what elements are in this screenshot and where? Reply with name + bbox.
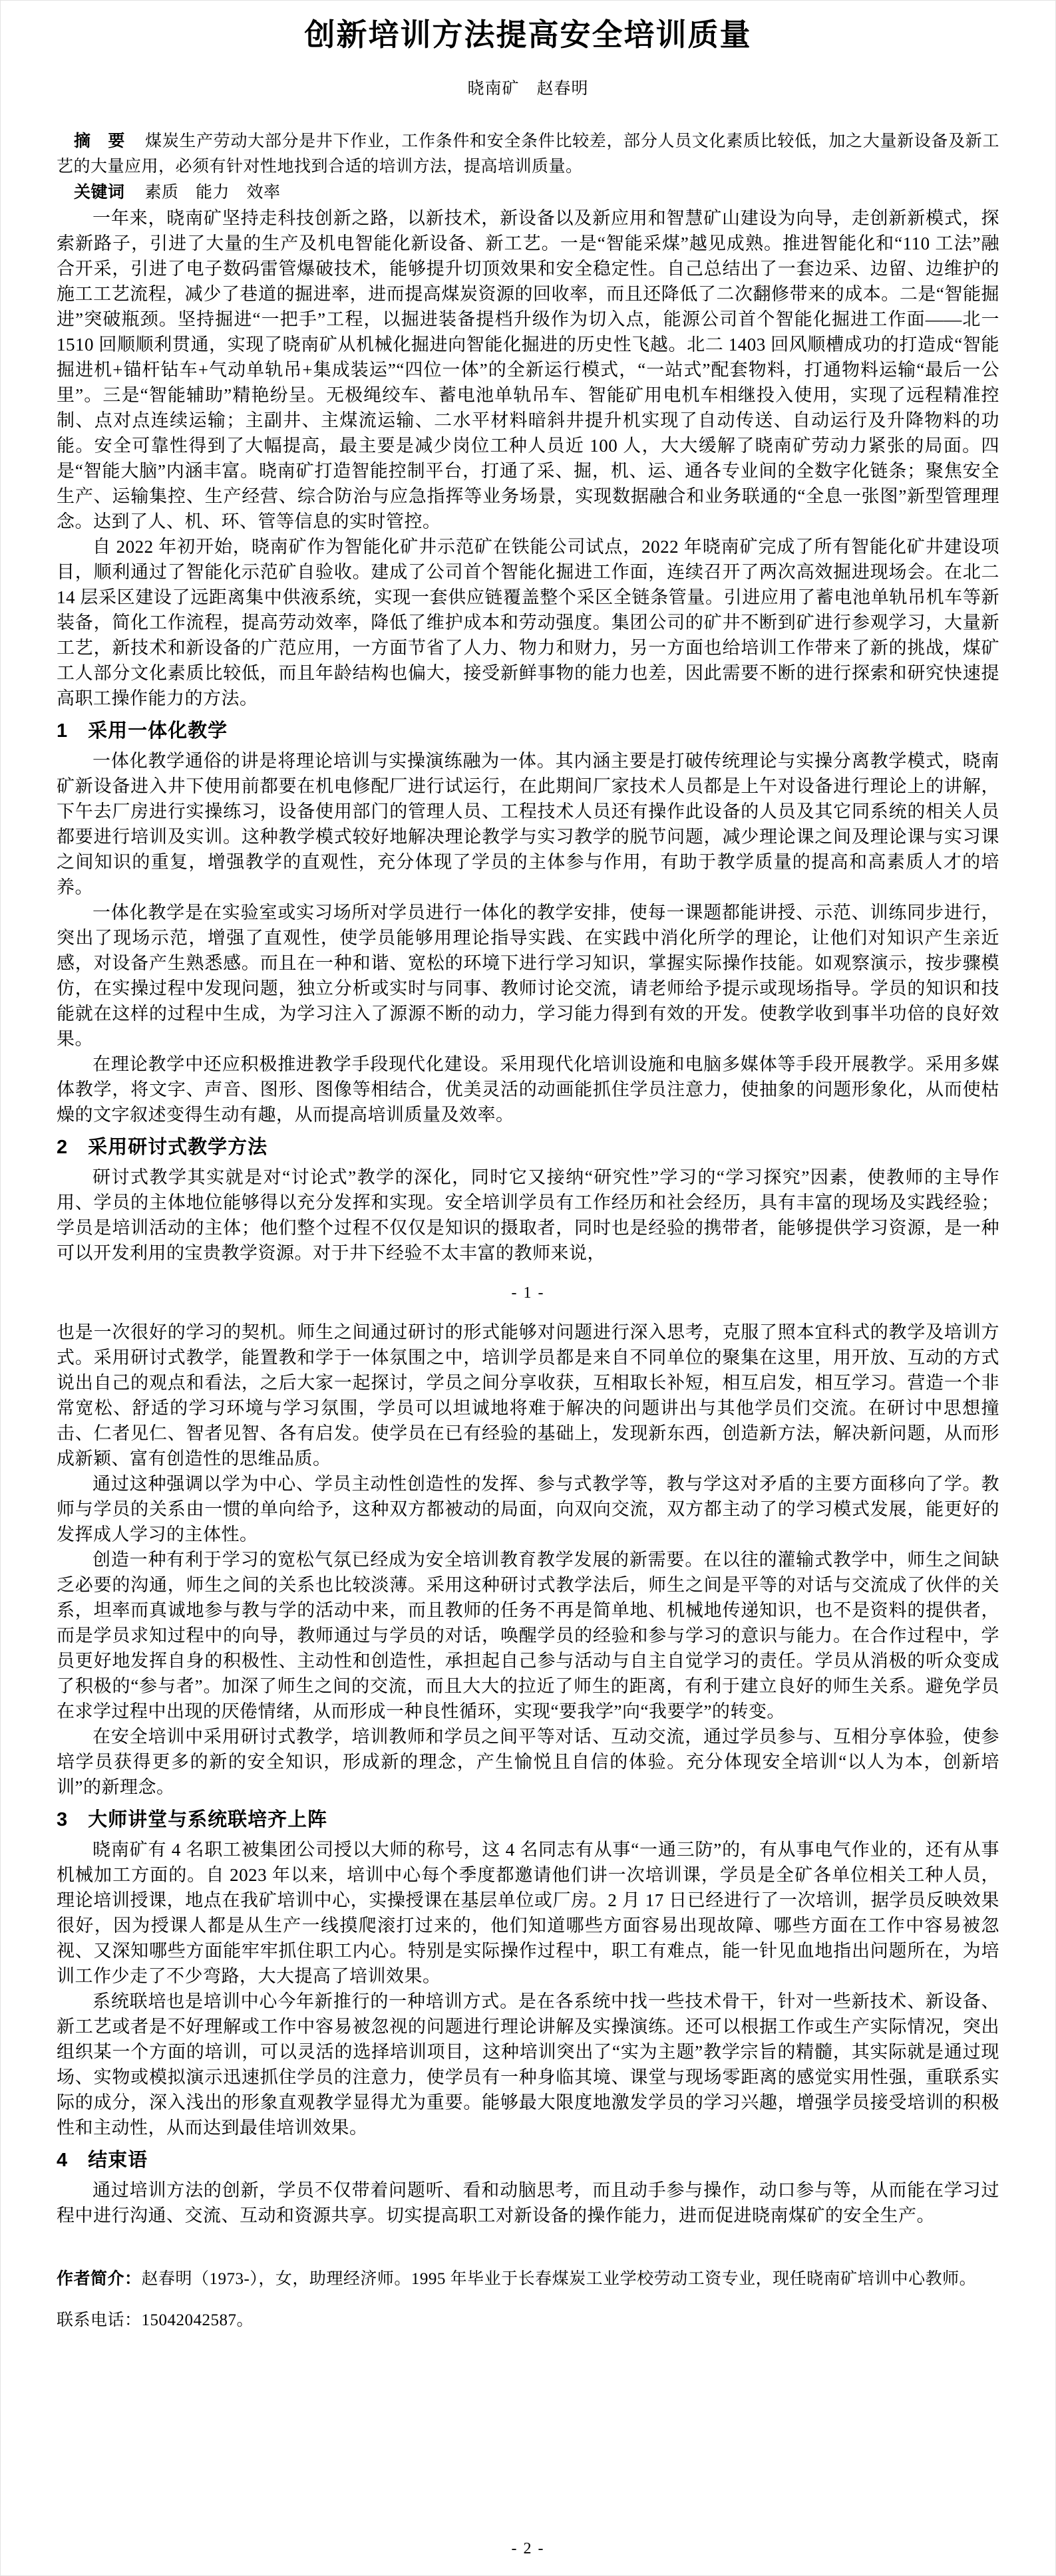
paragraph: 通过这种强调以学为中心、学员主动性创造性的发挥、参与式教学等，教与学这对矛盾的主…	[57, 1471, 999, 1547]
paragraph: 一年来，晓南矿坚持走科技创新之路，以新技术，新设备以及新应用和智慧矿山建设为向导…	[57, 206, 999, 534]
paragraph: 研讨式教学其实就是对“讨论式”教学的深化，同时它又接纳“研究性”学习的“学习探究…	[57, 1165, 999, 1266]
abstract-label: 摘 要	[57, 132, 145, 150]
document-page: 创新培训方法提高安全培训质量 晓南矿 赵春明 摘 要煤炭生产劳动大部分是井下作业…	[0, 0, 1056, 2576]
paragraph: 一体化教学通俗的讲是将理论培训与实操演练融为一体。其内涵主要是打破传统理论与实操…	[57, 748, 999, 900]
paragraph: 在理论教学中还应积极推进教学手段现代化建设。采用现代化培训设施和电脑多媒体等手段…	[57, 1052, 999, 1127]
page-1-footer: - 1 -	[57, 1284, 999, 1302]
paragraph-continued: 也是一次很好的学习的契机。师生之间通过研讨的形式能够对问题进行深入思考，克服了照…	[57, 1320, 999, 1471]
section-heading: 4 结束语	[57, 2147, 999, 2174]
paragraph: 系统联培也是培训中心今年新推行的一种培训方式。是在各系统中找一些技术骨干，针对一…	[57, 1989, 999, 2140]
section-heading: 2 采用研讨式教学方法	[57, 1134, 999, 1161]
paragraph: 自 2022 年初开始，晓南矿作为智能化矿井示范矿在铁能公司试点，2022 年晓…	[57, 534, 999, 711]
paragraph: 一体化教学是在实验室或实习场所对学员进行一体化的教学安排，使每一课题都能讲授、示…	[57, 900, 999, 1052]
abstract-text: 煤炭生产劳动大部分是井下作业，工作条件和安全条件比较差，部分人员文化素质比较低，…	[57, 132, 999, 176]
document-title: 创新培训方法提高安全培训质量	[57, 14, 999, 55]
section-heading: 1 采用一体化教学	[57, 718, 999, 744]
page-2-footer: - 2 -	[1, 2540, 1055, 2558]
author-bio-block: 作者简介：赵春明（1973-），女，助理经济师。1995 年毕业于长春煤炭工业学…	[57, 2265, 999, 2293]
author-bio-label: 作者简介：	[57, 2269, 142, 2288]
paragraph: 晓南矿有 4 名职工被集团公司授以大师的称号，这 4 名同志有从事“一通三防”的…	[57, 1837, 999, 1989]
document-content: 创新培训方法提高安全培训质量 晓南矿 赵春明 摘 要煤炭生产劳动大部分是井下作业…	[1, 1, 1055, 2334]
keywords-block: 关键词素质 能力 效率	[57, 180, 999, 206]
keywords-label: 关键词	[57, 183, 145, 202]
document-body: 一年来，晓南矿坚持走科技创新之路，以新技术，新设备以及新应用和智慧矿山建设为向导…	[57, 206, 999, 2228]
author-bio-text: 赵春明（1973-），女，助理经济师。1995 年毕业于长春煤炭工业学校劳动工资…	[142, 2270, 977, 2288]
author-byline: 晓南矿 赵春明	[57, 78, 999, 100]
paragraph: 创造一种有利于学习的宽松气氛已经成为安全培训教育教学发展的新需要。在以往的灌输式…	[57, 1547, 999, 1724]
section-heading: 3 大师讲堂与系统联培齐上阵	[57, 1806, 999, 1833]
abstract-block: 摘 要煤炭生产劳动大部分是井下作业，工作条件和安全条件比较差，部分人员文化素质比…	[57, 128, 999, 180]
contact-phone: 联系电话：15042042587。	[57, 2307, 999, 2334]
keywords-text: 素质 能力 效率	[145, 184, 281, 202]
paragraph: 在安全培训中采用研讨式教学，培训教师和学员之间平等对话、互动交流，通过学员参与、…	[57, 1724, 999, 1800]
paragraph: 通过培训方法的创新，学员不仅带着问题听、看和动脑思考，而且动手参与操作，动口参与…	[57, 2178, 999, 2228]
